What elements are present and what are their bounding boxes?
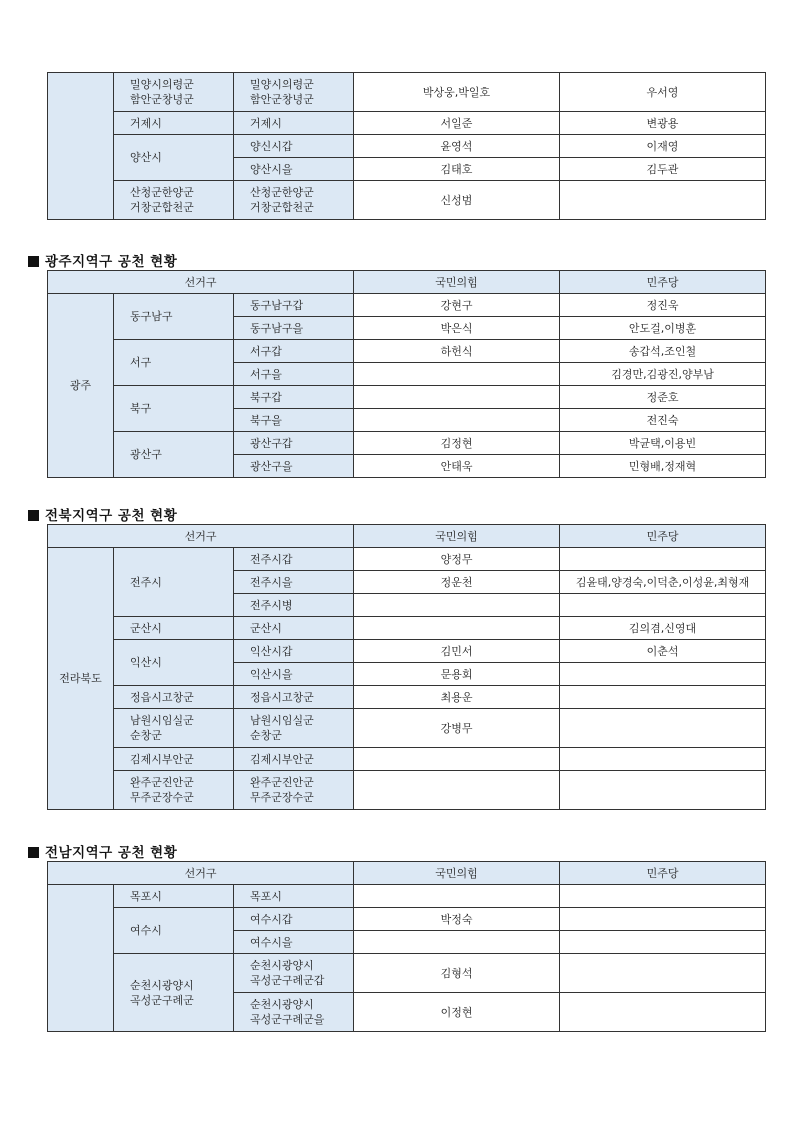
constituency-cell: 완주군진안군 무주군장수군 <box>234 771 354 810</box>
constituency-line-2: 곡성군구례군을 <box>250 1013 324 1026</box>
province-cell: 광주 <box>48 294 114 478</box>
dp-candidate-cell <box>560 548 766 571</box>
table-header-row: 선거구 국민의힘 민주당 <box>48 862 766 885</box>
district-cell: 광산구 <box>114 432 234 478</box>
table-row: 순천시광양시 곡성군구례군 순천시광양시 곡성군구례군갑 김형석 <box>48 954 766 993</box>
district-line-2: 곡성군구례군 <box>130 994 194 1007</box>
dp-candidate-cell <box>560 181 766 220</box>
ppp-candidate-cell <box>354 386 560 409</box>
district-cell: 북구 <box>114 386 234 432</box>
table-row: 여수시 여수시갑 박정숙 <box>48 908 766 931</box>
constituency-cell: 전주시갑 <box>234 548 354 571</box>
ppp-candidate-cell: 양정무 <box>354 548 560 571</box>
constituency-line-2: 순창군 <box>250 729 282 742</box>
constituency-cell: 목포시 <box>234 885 354 908</box>
ppp-candidate-cell: 김정현 <box>354 432 560 455</box>
constituency-cell: 순천시광양시 곡성군구례군갑 <box>234 954 354 993</box>
constituency-cell: 정읍시고창군 <box>234 686 354 709</box>
constituency-cell: 김제시부안군 <box>234 748 354 771</box>
table-row: 군산시 군산시 김의겸,신영대 <box>48 617 766 640</box>
square-bullet-icon <box>28 510 39 521</box>
district-cell: 완주군진안군 무주군장수군 <box>114 771 234 810</box>
ppp-candidate-cell: 박상웅,박일호 <box>354 73 560 112</box>
table-row: 완주군진안군 무주군장수군 완주군진안군 무주군장수군 <box>48 771 766 810</box>
ppp-candidate-cell <box>354 771 560 810</box>
table-row: 익산시 익산시갑 김민서 이춘석 <box>48 640 766 663</box>
table-row: 정읍시고창군 정읍시고창군 최용운 <box>48 686 766 709</box>
constituency-cell: 서구을 <box>234 363 354 386</box>
table-row: 전라북도 전주시 전주시갑 양정무 <box>48 548 766 571</box>
constituency-cell: 동구남구갑 <box>234 294 354 317</box>
constituency-cell: 순천시광양시 곡성군구례군을 <box>234 993 354 1032</box>
section-title-text: 전남지역구 공천 현황 <box>45 845 177 861</box>
column-header-ppp: 국민의힘 <box>354 525 560 548</box>
district-line-1: 순천시광양시 <box>130 979 194 992</box>
constituency-cell: 전주시병 <box>234 594 354 617</box>
district-line-2: 무주군장수군 <box>130 791 194 804</box>
district-line-2: 함안군창녕군 <box>130 93 194 106</box>
ppp-candidate-cell: 안태욱 <box>354 455 560 478</box>
district-cell: 익산시 <box>114 640 234 686</box>
constituency-line-1: 남원시임실군 <box>250 714 314 727</box>
ppp-candidate-cell <box>354 885 560 908</box>
dp-candidate-cell: 우서영 <box>560 73 766 112</box>
dp-candidate-cell: 안도걸,이병훈 <box>560 317 766 340</box>
table-row: 산청군한양군 거창군합천군 산청군한양군 거창군합천군 신성범 <box>48 181 766 220</box>
constituency-cell: 여수시을 <box>234 931 354 954</box>
district-cell: 군산시 <box>114 617 234 640</box>
ppp-candidate-cell: 박정숙 <box>354 908 560 931</box>
jeonbuk-table: 선거구 국민의힘 민주당 전라북도 전주시 전주시갑 양정무 전주시을 정운천 … <box>47 524 766 810</box>
constituency-cell: 양신시갑 <box>234 135 354 158</box>
constituency-cell: 전주시을 <box>234 571 354 594</box>
ppp-candidate-cell: 문용회 <box>354 663 560 686</box>
section-title: 광주지역구 공천 현황 <box>28 250 177 270</box>
dp-candidate-cell <box>560 686 766 709</box>
gyeongnam-continued-table: 밀양시의령군 함안군창녕군 밀양시의령군 함안군창녕군 박상웅,박일호 우서영 … <box>47 72 766 220</box>
dp-candidate-cell <box>560 663 766 686</box>
province-cell: 전라북도 <box>48 548 114 810</box>
dp-candidate-cell: 정준호 <box>560 386 766 409</box>
ppp-candidate-cell <box>354 363 560 386</box>
district-line-2: 순창군 <box>130 729 162 742</box>
constituency-cell: 북구을 <box>234 409 354 432</box>
dp-candidate-cell <box>560 709 766 748</box>
ppp-candidate-cell <box>354 617 560 640</box>
dp-candidate-cell: 김윤태,양경숙,이덕춘,이성윤,최형재 <box>560 571 766 594</box>
column-header-district: 선거구 <box>48 862 354 885</box>
constituency-line-1: 순천시광양시 <box>250 959 314 972</box>
constituency-line-2: 무주군장수군 <box>250 791 314 804</box>
district-cell: 여수시 <box>114 908 234 954</box>
province-cell <box>48 885 114 1032</box>
district-cell: 거제시 <box>114 112 234 135</box>
dp-candidate-cell: 이재영 <box>560 135 766 158</box>
ppp-candidate-cell: 윤영석 <box>354 135 560 158</box>
column-header-dp: 민주당 <box>560 525 766 548</box>
column-header-ppp: 국민의힘 <box>354 862 560 885</box>
ppp-candidate-cell <box>354 409 560 432</box>
column-header-district: 선거구 <box>48 271 354 294</box>
ppp-candidate-cell: 김형석 <box>354 954 560 993</box>
constituency-cell: 군산시 <box>234 617 354 640</box>
district-line-1: 완주군진안군 <box>130 776 194 789</box>
dp-candidate-cell: 전진숙 <box>560 409 766 432</box>
ppp-candidate-cell: 하헌식 <box>354 340 560 363</box>
dp-candidate-cell: 정진욱 <box>560 294 766 317</box>
district-line-1: 밀양시의령군 <box>130 78 194 91</box>
table-row: 목포시 목포시 <box>48 885 766 908</box>
ppp-candidate-cell: 신성범 <box>354 181 560 220</box>
ppp-candidate-cell <box>354 931 560 954</box>
district-line-2: 거창군합천군 <box>130 201 194 214</box>
dp-candidate-cell <box>560 954 766 993</box>
dp-candidate-cell: 송갑석,조인철 <box>560 340 766 363</box>
district-cell: 김제시부안군 <box>114 748 234 771</box>
district-cell: 순천시광양시 곡성군구례군 <box>114 954 234 1032</box>
district-cell: 동구남구 <box>114 294 234 340</box>
ppp-candidate-cell <box>354 594 560 617</box>
district-cell: 목포시 <box>114 885 234 908</box>
ppp-candidate-cell: 최용운 <box>354 686 560 709</box>
ppp-candidate-cell: 김태호 <box>354 158 560 181</box>
column-header-ppp: 국민의힘 <box>354 271 560 294</box>
table-row: 양산시 양신시갑 윤영석 이재영 <box>48 135 766 158</box>
dp-candidate-cell: 김의겸,신영대 <box>560 617 766 640</box>
ppp-candidate-cell: 강병무 <box>354 709 560 748</box>
table-row: 김제시부안군 김제시부안군 <box>48 748 766 771</box>
district-cell: 밀양시의령군 함안군창녕군 <box>114 73 234 112</box>
district-line-1: 산청군한양군 <box>130 186 194 199</box>
district-cell: 전주시 <box>114 548 234 617</box>
constituency-cell: 익산시갑 <box>234 640 354 663</box>
dp-candidate-cell: 민형배,정재혁 <box>560 455 766 478</box>
constituency-cell: 거제시 <box>234 112 354 135</box>
square-bullet-icon <box>28 256 39 267</box>
dp-candidate-cell <box>560 594 766 617</box>
ppp-candidate-cell: 서일준 <box>354 112 560 135</box>
constituency-cell: 밀양시의령군 함안군창녕군 <box>234 73 354 112</box>
table-row: 북구 북구갑 정준호 <box>48 386 766 409</box>
table-row: 거제시 거제시 서일준 변광용 <box>48 112 766 135</box>
ppp-candidate-cell: 박은식 <box>354 317 560 340</box>
constituency-line-1: 산청군한양군 <box>250 186 314 199</box>
dp-candidate-cell: 이춘석 <box>560 640 766 663</box>
constituency-line-2: 거창군합천군 <box>250 201 314 214</box>
dp-candidate-cell: 변광용 <box>560 112 766 135</box>
district-cell: 산청군한양군 거창군합천군 <box>114 181 234 220</box>
dp-candidate-cell: 김경만,김광진,양부남 <box>560 363 766 386</box>
table-row: 남원시임실군 순창군 남원시임실군 순창군 강병무 <box>48 709 766 748</box>
district-cell: 양산시 <box>114 135 234 181</box>
constituency-cell: 익산시을 <box>234 663 354 686</box>
dp-candidate-cell <box>560 771 766 810</box>
dp-candidate-cell <box>560 885 766 908</box>
dp-candidate-cell <box>560 748 766 771</box>
square-bullet-icon <box>28 847 39 858</box>
dp-candidate-cell: 박균택,이용빈 <box>560 432 766 455</box>
section-title: 전북지역구 공천 현황 <box>28 504 177 524</box>
constituency-cell: 서구갑 <box>234 340 354 363</box>
gwangju-table: 선거구 국민의힘 민주당 광주 동구남구 동구남구갑 강현구 정진욱 동구남구을… <box>47 270 766 478</box>
column-header-dp: 민주당 <box>560 271 766 294</box>
constituency-cell: 양산시을 <box>234 158 354 181</box>
constituency-cell: 광산구갑 <box>234 432 354 455</box>
constituency-cell: 남원시임실군 순창군 <box>234 709 354 748</box>
table-header-row: 선거구 국민의힘 민주당 <box>48 271 766 294</box>
constituency-cell: 북구갑 <box>234 386 354 409</box>
constituency-cell: 광산구을 <box>234 455 354 478</box>
table-header-row: 선거구 국민의힘 민주당 <box>48 525 766 548</box>
dp-candidate-cell <box>560 908 766 931</box>
table-row: 광주 동구남구 동구남구갑 강현구 정진욱 <box>48 294 766 317</box>
section-title: 전남지역구 공천 현황 <box>28 841 177 861</box>
table-row: 밀양시의령군 함안군창녕군 밀양시의령군 함안군창녕군 박상웅,박일호 우서영 <box>48 73 766 112</box>
table-row: 서구 서구갑 하헌식 송갑석,조인철 <box>48 340 766 363</box>
constituency-line-1: 밀양시의령군 <box>250 78 314 91</box>
constituency-cell: 여수시갑 <box>234 908 354 931</box>
constituency-line-1: 순천시광양시 <box>250 998 314 1011</box>
ppp-candidate-cell <box>354 748 560 771</box>
district-cell: 정읍시고창군 <box>114 686 234 709</box>
district-cell: 남원시임실군 순창군 <box>114 709 234 748</box>
constituency-line-2: 곡성군구례군갑 <box>250 974 324 987</box>
column-header-district: 선거구 <box>48 525 354 548</box>
ppp-candidate-cell: 김민서 <box>354 640 560 663</box>
dp-candidate-cell <box>560 931 766 954</box>
constituency-cell: 산청군한양군 거창군합천군 <box>234 181 354 220</box>
constituency-cell: 동구남구을 <box>234 317 354 340</box>
ppp-candidate-cell: 정운천 <box>354 571 560 594</box>
jeonnam-table: 선거구 국민의힘 민주당 목포시 목포시 여수시 여수시갑 박정숙 여수시을 <box>47 861 766 1032</box>
dp-candidate-cell <box>560 993 766 1032</box>
dp-candidate-cell: 김두관 <box>560 158 766 181</box>
district-line-1: 남원시임실군 <box>130 714 194 727</box>
table-row: 광산구 광산구갑 김정현 박균택,이용빈 <box>48 432 766 455</box>
section-title-text: 전북지역구 공천 현황 <box>45 508 177 524</box>
province-cell <box>48 73 114 220</box>
ppp-candidate-cell: 이정현 <box>354 993 560 1032</box>
section-title-text: 광주지역구 공천 현황 <box>45 254 177 270</box>
constituency-line-2: 함안군창녕군 <box>250 93 314 106</box>
column-header-dp: 민주당 <box>560 862 766 885</box>
constituency-line-1: 완주군진안군 <box>250 776 314 789</box>
district-cell: 서구 <box>114 340 234 386</box>
ppp-candidate-cell: 강현구 <box>354 294 560 317</box>
